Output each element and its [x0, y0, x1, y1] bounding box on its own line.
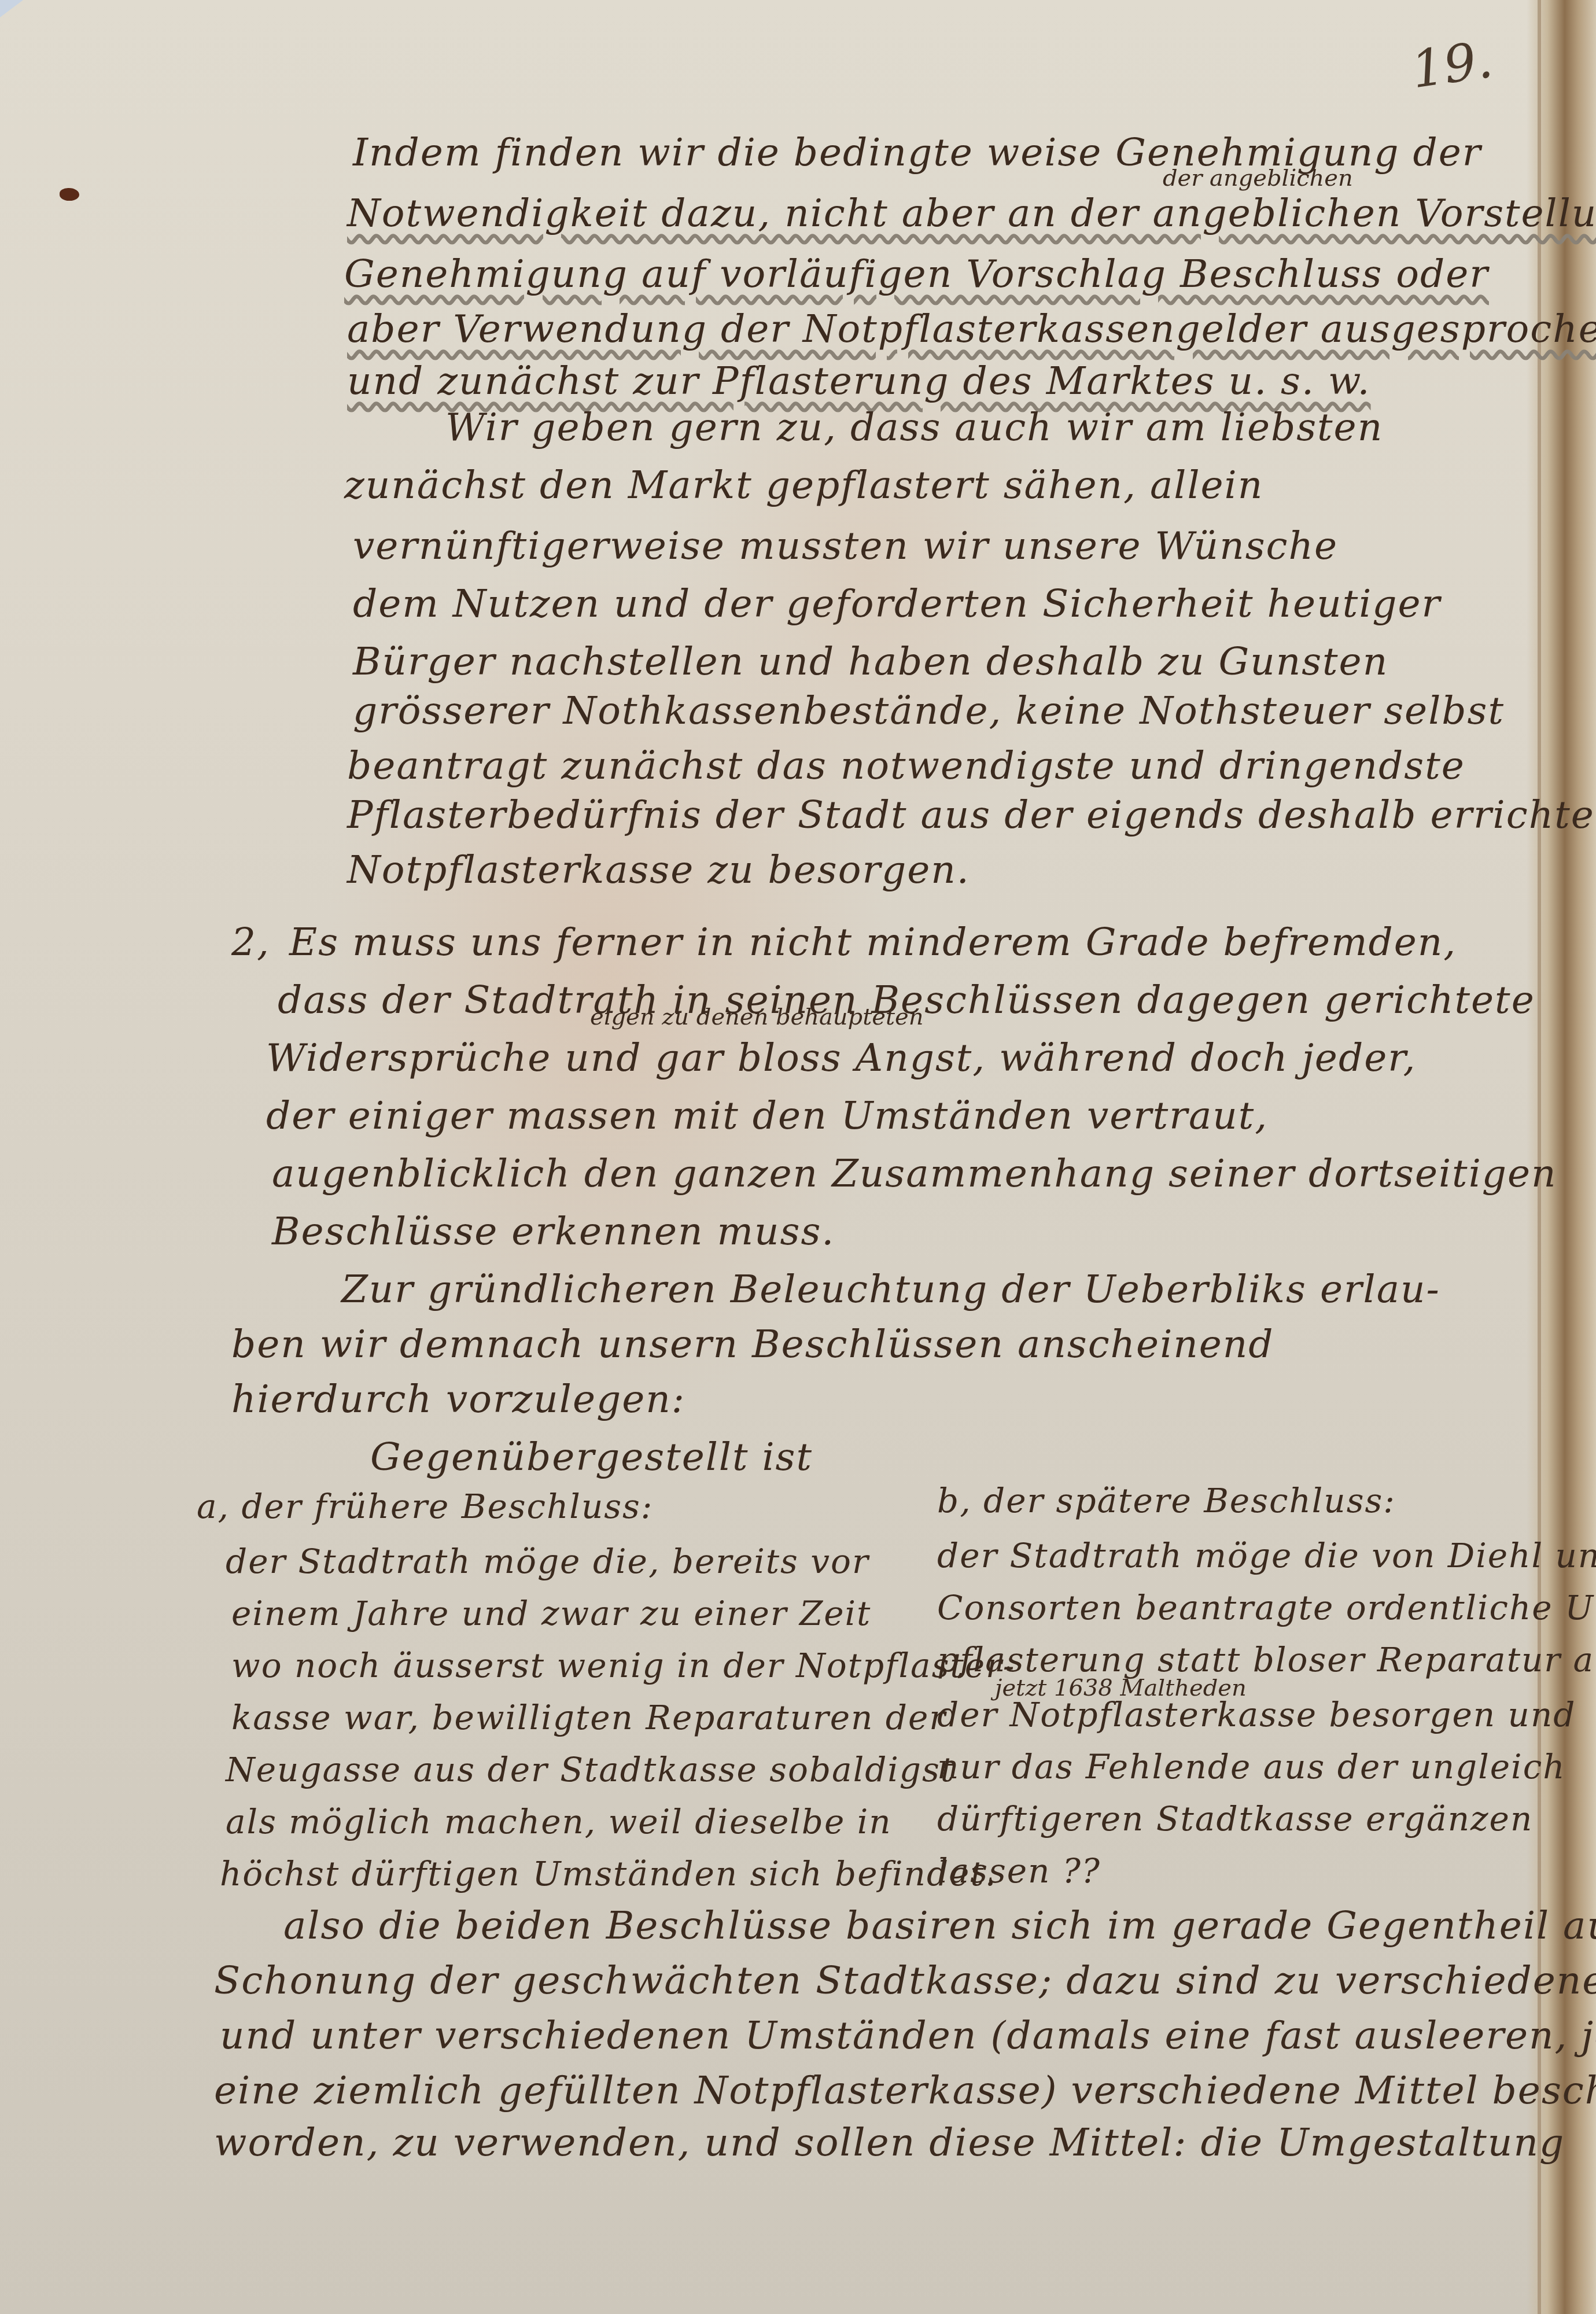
pencil-underlined-text: Genehmigung auf vorläufigen Vorschlag Be…	[344, 252, 1489, 296]
column-heading: a, der frühere Beschluss:	[197, 1487, 653, 1526]
background-corner	[0, 0, 23, 17]
text-line: pflasterung statt bloser Reparatur aus	[937, 1640, 1596, 1679]
text-line: dem Nutzen und der geforderten Sicherhei…	[353, 581, 1441, 626]
text-line: augenblicklich den ganzen Zusammenhang s…	[272, 1151, 1557, 1196]
text-line: Bürger nachstellen und haben deshalb zu …	[353, 639, 1388, 684]
text-line: Notwendigkeit dazu, nicht aber an der an…	[347, 191, 1596, 235]
text-line: worden, zu verwenden, und sollen diese M…	[214, 2120, 1565, 2165]
text-line: Zur gründlicheren Beleuchtung der Ueberb…	[341, 1267, 1440, 1311]
pencil-underlined-text: und zunächst zur Pflasterung des Marktes…	[347, 359, 1371, 403]
pencil-underlined-text: aber Verwendung der Notpflasterkassengel…	[347, 307, 1596, 351]
text-line: Neugasse aus der Stadtkasse sobaldigst	[226, 1750, 955, 1789]
text-line: hierdurch vorzulegen:	[231, 1377, 685, 1421]
text-line: grösserer Nothkassenbestände, keine Noth…	[353, 688, 1505, 733]
text-line: aber Verwendung der Notpflasterkassengel…	[347, 307, 1596, 351]
text-line: nur das Fehlende aus der ungleich	[937, 1747, 1566, 1786]
text-line: der Stadtrath möge die von Diehl und	[937, 1536, 1596, 1575]
text-line: Notpflasterkasse zu besorgen.	[347, 848, 970, 892]
manuscript-page: 19. Indem finden wir die bedingte weise …	[0, 0, 1596, 2314]
text-line: Beschlüsse erkennen muss.	[272, 1209, 835, 1254]
text-line: zunächst den Markt gepflastert sähen, al…	[344, 463, 1263, 507]
text-line: Gegenübergestellt ist	[370, 1435, 813, 1479]
text-line: also die beiden Beschlüsse basiren sich …	[283, 1903, 1596, 1948]
text-line: eine ziemlich gefüllten Notpflasterkasse…	[214, 2068, 1596, 2113]
text-line: Es muss uns ferner in nicht minderem Gra…	[289, 920, 1457, 964]
text-line: höchst dürftigen Umständen sich befindet…	[220, 1854, 997, 1893]
interlinear-insertion: der angeblichen	[1163, 165, 1353, 191]
text-line: Widersprüche und gar bloss Angst, währen…	[266, 1036, 1417, 1080]
text-line: wo noch äusserst wenig in der Notpflaste…	[231, 1646, 1015, 1685]
text-line: Wir geben gern zu, dass auch wir am lieb…	[445, 405, 1383, 449]
section-marker: 2,	[231, 920, 270, 964]
text-line: beantragt zunächst das notwendigste und …	[347, 743, 1465, 788]
text-line: Schonung der geschwächten Stadtkasse; da…	[214, 1958, 1596, 2003]
page-number: 19.	[1408, 30, 1497, 100]
text-line: Consorten beantragte ordentliche Um-	[937, 1588, 1596, 1627]
text-line: der einiger massen mit den Umständen ver…	[266, 1093, 1268, 1138]
text-line: lassen ??	[937, 1851, 1101, 1891]
text-line: einem Jahre und zwar zu einer Zeit	[231, 1594, 871, 1633]
text-line: vernünftigerweise mussten wir unsere Wün…	[353, 524, 1338, 568]
text-line: Pflasterbedürfnis der Stadt aus der eige…	[347, 793, 1596, 837]
text-line: der Stadtrath möge die, bereits vor	[226, 1542, 869, 1581]
interlinear-insertion: eigen zu denen behaupteten	[590, 1004, 923, 1030]
text-line: als möglich machen, weil dieselbe in	[226, 1802, 892, 1841]
text-line: Genehmigung auf vorläufigen Vorschlag Be…	[344, 252, 1489, 296]
text-line: und zunächst zur Pflasterung des Marktes…	[347, 359, 1371, 403]
text-line: ben wir demnach unsern Beschlüssen ansch…	[231, 1322, 1274, 1366]
text-line: der Notpflasterkasse besorgen und	[937, 1695, 1576, 1734]
text-line: kasse war, bewilligten Reparaturen der	[231, 1698, 946, 1737]
pencil-underlined-text: Notwendigkeit dazu, nicht aber an der an…	[347, 191, 1596, 235]
text-line: und unter verschiedenen Umständen (damal…	[220, 2013, 1596, 2058]
column-heading: b, der spätere Beschluss:	[937, 1481, 1396, 1520]
text-line: dürftigeren Stadtkasse ergänzen	[937, 1799, 1533, 1838]
ink-blot	[60, 188, 79, 201]
